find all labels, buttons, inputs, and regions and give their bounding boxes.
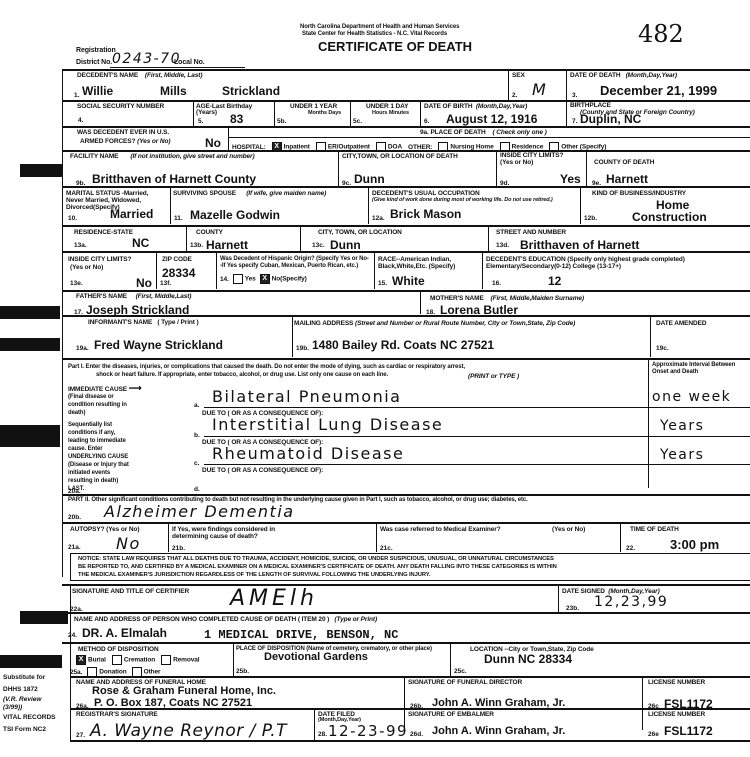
- disposition-location: Dunn NC 28334: [484, 652, 572, 666]
- cause-b: Interstitial Lung Disease: [212, 415, 443, 434]
- industry-label: KIND OF BUSINESS/INDUSTRY: [592, 190, 686, 197]
- education: 12: [548, 274, 561, 288]
- spouse-name: Mazelle Godwin: [190, 208, 280, 222]
- interval-c: Years: [660, 447, 704, 463]
- residence-inside-limits-label: INSIDE CITY LIMITS?: [68, 256, 131, 263]
- sequential-hint: Sequentially list conditions if any, lea…: [68, 421, 134, 493]
- registrar-signature: A. Wayne Reynor / P.T: [90, 721, 287, 741]
- date-of-death: December 21, 1999: [600, 83, 717, 98]
- father-label: FATHER'S NAME (First, Middle,Last): [76, 293, 191, 300]
- certifier-signature-label: SIGNATURE AND TITLE OF CERTIFIER: [72, 588, 189, 595]
- county-of-death: Harnett: [606, 172, 648, 186]
- notice-line-3: THE MEDICAL EXAMINER'S JURISDICTION REGA…: [78, 571, 430, 579]
- education-label: DECEDENT'S EDUCATION (Specify only highe…: [486, 256, 736, 270]
- city-of-death: Dunn: [354, 172, 385, 186]
- certificate-number: 482: [638, 20, 684, 48]
- decedent-name-label: DECEDENT'S NAME (First, Middle, Last): [77, 72, 202, 79]
- time-of-death: 3:00 pm: [670, 537, 719, 552]
- occupation: Brick Mason: [390, 207, 461, 221]
- completed-by-label: NAME AND ADDRESS OF PERSON WHO COMPLETED…: [74, 616, 377, 623]
- county-of-death-label: COUNTY OF DEATH: [594, 159, 654, 166]
- interval-b: Years: [660, 418, 704, 434]
- local-label: Local No.: [174, 59, 205, 66]
- ssn-label: SOCIAL SECURITY NUMBER: [77, 103, 164, 110]
- race: White: [392, 274, 425, 288]
- race-label: RACE--American Indian, Black,White,Etc. …: [378, 256, 478, 270]
- part2-conditions: Alzheimer Dementia: [104, 502, 295, 521]
- margin-line-3: (V.R. Review: [3, 696, 56, 704]
- interval-a: one week: [652, 389, 731, 405]
- city-of-death-label: CITY,TOWN, OR LOCATION OF DEATH: [342, 153, 458, 160]
- facility-label: FACILITY NAME (If not institution, give …: [70, 153, 255, 160]
- zip-label: ZIP CODE: [162, 256, 192, 263]
- decedent-middle-name: Mills: [160, 84, 187, 98]
- mailing-address-label: MAILING ADDRESS (Street and Number or Ru…: [294, 320, 575, 327]
- spouse-label: SURVIVING SPOUSE (If wife, give maiden n…: [173, 190, 326, 197]
- cremation-checkbox[interactable]: Cremation: [112, 655, 155, 665]
- district-label: District No.: [76, 59, 112, 66]
- margin-line-5: VITAL RECORDS: [3, 712, 56, 724]
- age-value: 83: [230, 112, 243, 126]
- residence-city: Dunn: [330, 238, 361, 252]
- sex-value: M: [532, 80, 547, 99]
- date-amended-label: DATE AMENDED: [656, 320, 706, 327]
- margin-line-1: Substitute for: [3, 672, 56, 684]
- residence-street: Britthaven of Harnett: [520, 238, 639, 252]
- page-title: CERTIFICATE OF DEATH: [318, 39, 472, 54]
- margin-tab: [0, 338, 60, 351]
- marital-status: Married: [110, 207, 153, 221]
- hispanic-no-checkbox[interactable]: XNo(Specify): [260, 274, 307, 284]
- hispanic-label: Was Decedent of Hispanic Origin? (Specif…: [220, 256, 370, 270]
- district-number: 0243-70: [112, 51, 181, 67]
- occupation-label: DECEDENT'S USUAL OCCUPATION: [372, 190, 480, 197]
- interval-label: Approximate Interval Between Onset and D…: [652, 362, 742, 376]
- license2-number: FSL1172: [664, 724, 713, 738]
- armed-forces-value: No: [205, 136, 221, 150]
- inside-limits-value: Yes: [560, 172, 581, 186]
- part1-instructions-1: Part I. Enter the diseases, injuries, or…: [68, 364, 465, 371]
- autopsy-value: No: [116, 534, 141, 553]
- date-of-death-label: DATE OF DEATH (Month,Day,Year): [570, 72, 677, 79]
- mailing-address: 1480 Bailey Rd. Coats NC 27521: [312, 338, 494, 352]
- certifier-name: DR. A. Elmalah: [82, 626, 167, 640]
- date-filed: 12-23-99: [328, 722, 408, 740]
- decedent-last-name: Strickland: [222, 84, 280, 98]
- armed-forces-label: WAS DECEDENT EVER IN U.S.: [77, 129, 169, 136]
- residence-inside-limits: No: [136, 276, 152, 290]
- margin-tab: [0, 655, 62, 668]
- residence-zip: 28334: [162, 266, 195, 280]
- embalmer-label: SIGNATURE OF EMBALMER: [408, 711, 494, 718]
- medical-examiner-label: Was case referred to Medical Examiner?: [380, 526, 501, 533]
- margin-tab: [20, 164, 62, 177]
- funeral-home-name: Rose & Graham Funeral Home, Inc.: [92, 685, 276, 697]
- disposition-place: Devotional Gardens: [264, 651, 368, 663]
- inside-limits-label: INSIDE CITY LIMITS?: [500, 152, 563, 159]
- agency-line-1: North Carolina Department of Health and …: [300, 24, 459, 31]
- registration-label: Registration: [76, 47, 116, 54]
- residence-state-label: RESIDENCE-STATE: [74, 229, 133, 236]
- residence-county-label: COUNTY: [196, 229, 223, 236]
- hispanic-yes-checkbox[interactable]: Yes: [233, 274, 256, 284]
- margin-line-6: TSI Form NC2: [3, 724, 56, 736]
- industry-line-2: Construction: [632, 210, 707, 224]
- sex-label: SEX: [512, 72, 525, 79]
- birthplace: Duplin, NC: [580, 112, 641, 126]
- time-of-death-label: TIME OF DEATH: [630, 526, 679, 533]
- disposition-method-label: METHOD OF DISPOSITION: [78, 646, 159, 653]
- cause-c: Rheumatoid Disease: [212, 444, 404, 463]
- immediate-cause-label: IMMEDIATE CAUSE ⟶: [68, 385, 142, 393]
- autopsy-label: AUTOPSY? (Yes or No): [70, 526, 139, 533]
- margin-line-2: DHHS 1872: [3, 684, 56, 696]
- residence-county: Harnett: [206, 238, 248, 252]
- mother-label: MOTHER'S NAME (First, Middle,Maiden Surn…: [430, 295, 584, 302]
- part1-instructions-2: shock or heart failure. If appropriate, …: [96, 372, 388, 379]
- certifier-signature: AMElh: [230, 586, 318, 611]
- funeral-director-label: SIGNATURE OF FUNERAL DIRECTOR: [408, 679, 522, 686]
- under-1-day-label: UNDER 1 DAY: [366, 103, 408, 110]
- under-1-year-label: UNDER 1 YEAR: [290, 103, 337, 110]
- dob-label: DATE OF BIRTH (Month,Day,Year): [424, 103, 527, 110]
- margin-line-4: (3/99)): [3, 704, 56, 712]
- place-of-death-label: 9a. PLACE OF DEATH ( Check only one ): [420, 129, 547, 136]
- date-signed: 12,23,99: [594, 594, 668, 610]
- agency-line-2: State Center for Health Statistics - N.C…: [302, 31, 447, 38]
- margin-tab: [0, 306, 60, 319]
- license2-label: LICENSE NUMBER: [648, 711, 705, 718]
- notice-line-1: NOTICE: STATE LAW REQUIRES THAT ALL DEAT…: [78, 555, 554, 563]
- registrar-label: REGISTRAR'S SIGNATURE: [76, 711, 158, 718]
- decedent-first-name: Willie: [82, 84, 113, 98]
- margin-tab: [0, 425, 60, 447]
- embalmer: John A. Winn Graham, Jr.: [432, 725, 565, 737]
- informant-name: Fred Wayne Strickland: [94, 338, 223, 352]
- residence-state: NC: [132, 236, 149, 250]
- cause-a: Bilateral Pneumonia: [212, 387, 401, 406]
- birthplace-label: BIRTHPLACE: [570, 102, 611, 109]
- burial-checkbox[interactable]: XBurial: [76, 655, 106, 665]
- facility-name: Britthaven of Harnett County: [92, 172, 256, 186]
- license-label: LICENSE NUMBER: [648, 679, 705, 686]
- residence-city-label: CITY, TOWN, OR LOCATION: [318, 229, 402, 236]
- margin-tab: [20, 611, 68, 624]
- removal-checkbox[interactable]: Removal: [161, 655, 199, 665]
- informant-label: INFORMANT'S NAME ( Type / Print ): [88, 319, 199, 326]
- print-hint: (PRINT or TYPE ): [468, 373, 519, 380]
- street-label: STREET AND NUMBER: [496, 229, 566, 236]
- certifier-address: 1 MEDICAL DRIVE, BENSON, NC: [204, 628, 398, 642]
- findings-label: If Yes, were findings considered in dete…: [172, 526, 302, 540]
- notice-line-2: BE REPORTED TO, AND CERTIFIED BY A MEDIC…: [78, 563, 557, 571]
- date-of-birth: August 12, 1916: [446, 112, 537, 126]
